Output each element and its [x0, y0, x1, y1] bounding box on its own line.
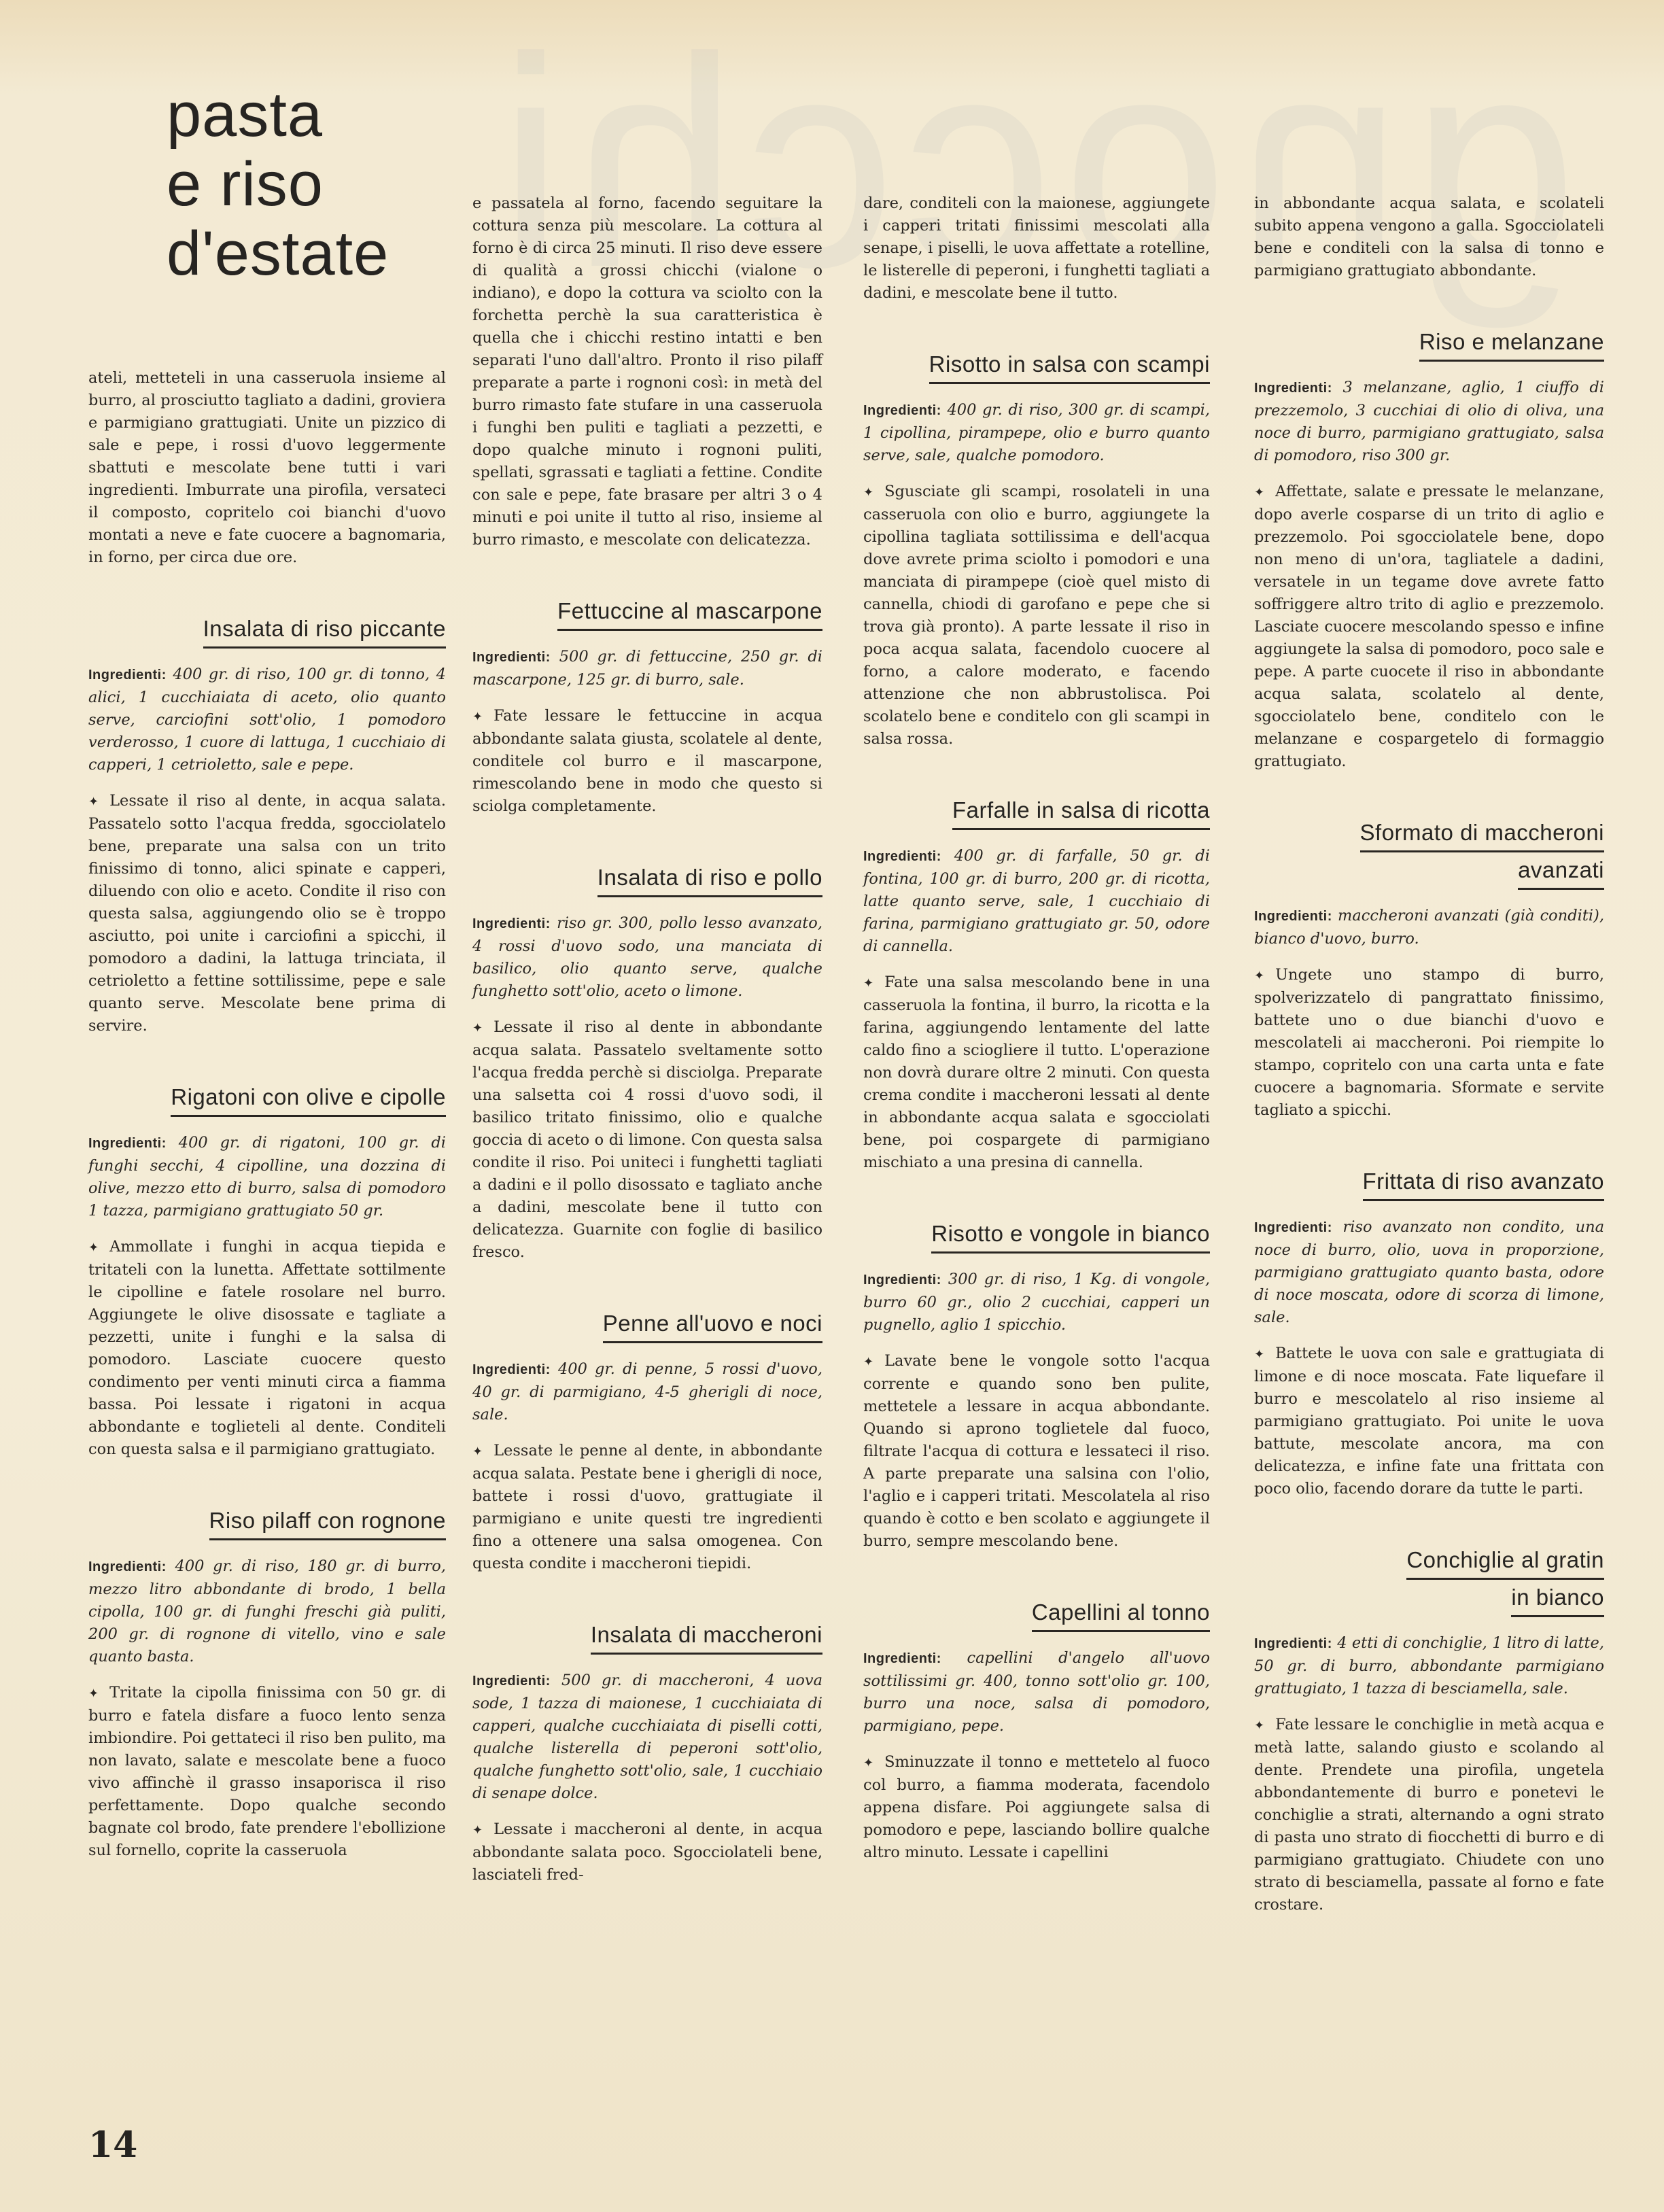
diamond-bullet-icon: ✦: [472, 710, 483, 724]
method-text: Lessate le penne al dente, in abbondante…: [472, 1442, 822, 1572]
recipe-title: Rigatoni con olive e cipolle: [88, 1084, 446, 1117]
method: ✦Fate lessare le fettuccine in acqua abb…: [472, 705, 822, 818]
recipe-title-line: Riso pilaff con rognone: [209, 1507, 446, 1540]
recipe-title-line: Sformato di maccheroni: [1360, 819, 1604, 852]
intro-continuation: ateli, metteteli in una casseruola insie…: [88, 367, 446, 569]
recipe-title: Capellini al tonno: [863, 1599, 1210, 1632]
method-text: Sminuzzate il tonno e mettetelo al fuoco…: [863, 1753, 1210, 1861]
magazine-page: gnocchi pasta e riso d'estate ateli, met…: [0, 0, 1664, 2212]
recipe: Farfalle in salsa di ricottaIngredienti:…: [863, 797, 1210, 1174]
recipe-title-line: avanzati: [1518, 857, 1604, 890]
ingredients: Ingredienti: maccheroni avanzati (già co…: [1254, 905, 1604, 950]
method-text: Lessate i maccheroni al dente, in acqua …: [472, 1820, 822, 1884]
diamond-bullet-icon: ✦: [863, 1355, 873, 1369]
ingredients-label: Ingredienti:: [1254, 1220, 1332, 1235]
recipe: Conchiglie al gratinin biancoIngredienti…: [1254, 1546, 1604, 1916]
ingredients: Ingredienti: 400 gr. di riso, 180 gr. di…: [88, 1555, 446, 1668]
diamond-bullet-icon: ✦: [88, 1687, 99, 1701]
recipe-title-line: Frittata di riso avanzato: [1363, 1168, 1605, 1201]
ingredients: Ingredienti: 400 gr. di rigatoni, 100 gr…: [88, 1132, 446, 1222]
column-3: dare, conditeli con la maionese, aggiung…: [863, 192, 1210, 1878]
title-line: e riso: [167, 150, 389, 219]
recipe-title: Insalata di riso e pollo: [472, 864, 822, 897]
recipe-title-line: Risotto in salsa con scampi: [929, 351, 1210, 384]
diamond-bullet-icon: ✦: [88, 795, 99, 809]
ingredients: Ingredienti: 3 melanzane, aglio, 1 ciuff…: [1254, 377, 1604, 467]
method: ✦Ungete uno stampo di burro, spolverizza…: [1254, 964, 1604, 1122]
ingredients: Ingredienti: 4 etti di conchiglie, 1 lit…: [1254, 1632, 1604, 1700]
method-text: Ungete uno stampo di burro, spolverizzat…: [1254, 966, 1604, 1119]
recipe-title: Riso e melanzane: [1254, 328, 1604, 362]
ingredients-text: 500 gr. di maccheroni, 4 uova sode, 1 ta…: [472, 1672, 822, 1802]
ingredients-label: Ingredienti:: [1254, 909, 1332, 924]
ingredients: Ingredienti: 400 gr. di penne, 5 rossi d…: [472, 1358, 822, 1426]
ingredients: Ingredienti: 300 gr. di riso, 1 Kg. di v…: [863, 1268, 1210, 1336]
method-text: Lavate bene le vongole sotto l'acqua cor…: [863, 1352, 1210, 1550]
recipe: Sformato di maccheroniavanzatiIngredient…: [1254, 819, 1604, 1122]
ingredients-label: Ingredienti:: [863, 1651, 941, 1666]
diamond-bullet-icon: ✦: [1254, 1718, 1264, 1733]
method: ✦Tritate la cipolla finissima con 50 gr.…: [88, 1682, 446, 1862]
diamond-bullet-icon: ✦: [863, 976, 873, 990]
ingredients-label: Ingredienti:: [1254, 381, 1332, 396]
diamond-bullet-icon: ✦: [88, 1241, 99, 1255]
recipe: Risotto e vongole in biancoIngredienti: …: [863, 1220, 1210, 1553]
recipe: Risotto in salsa con scampiIngredienti: …: [863, 351, 1210, 750]
method: ✦Ammollate i funghi in acqua tiepida e t…: [88, 1236, 446, 1461]
recipe: Insalata di riso e polloIngredienti: ris…: [472, 864, 822, 1264]
ingredients: Ingredienti: riso avanzato non condito, …: [1254, 1216, 1604, 1329]
ingredients: Ingredienti: 400 gr. di riso, 100 gr. di…: [88, 663, 446, 776]
recipe: Insalata di riso piccanteIngredienti: 40…: [88, 615, 446, 1037]
diamond-bullet-icon: ✦: [472, 1445, 483, 1459]
ingredients: Ingredienti: 500 gr. di maccheroni, 4 uo…: [472, 1670, 822, 1805]
column-2: e passatela al forno, facendo seguitare …: [472, 192, 822, 1900]
column-1: ateli, metteteli in una casseruola insie…: [88, 367, 446, 1876]
method: ✦Sgusciate gli scampi, rosolateli in una…: [863, 481, 1210, 750]
method: ✦Fate una salsa mescolando bene in una c…: [863, 971, 1210, 1174]
method-text: Ammollate i funghi in acqua tiepida e tr…: [88, 1238, 446, 1458]
method-text: Affettate, salate e pressate le melanzan…: [1254, 483, 1604, 770]
ingredients-label: Ingredienti:: [472, 1362, 551, 1377]
method-text: Fate una salsa mescolando bene in una ca…: [863, 973, 1210, 1171]
diamond-bullet-icon: ✦: [472, 1823, 483, 1837]
method-text: Lessate il riso al dente in abbondante a…: [472, 1018, 822, 1261]
diamond-bullet-icon: ✦: [1254, 1347, 1264, 1362]
recipe-title-line: Insalata di maccheroni: [591, 1621, 822, 1655]
recipe: Riso e melanzaneIngredienti: 3 melanzane…: [1254, 328, 1604, 773]
ingredients-label: Ingredienti:: [863, 403, 941, 418]
recipe-title: Penne all'uovo e noci: [472, 1310, 822, 1343]
ingredients-label: Ingredienti:: [863, 1273, 941, 1288]
recipe-title: Risotto in salsa con scampi: [863, 351, 1210, 384]
recipe-title: Insalata di maccheroni: [472, 1621, 822, 1655]
recipe-title: Conchiglie al gratinin bianco: [1254, 1546, 1604, 1617]
ingredients-label: Ingredienti:: [88, 1136, 167, 1151]
recipe-title-line: Rigatoni con olive e cipolle: [171, 1084, 446, 1117]
page-number: 14: [88, 2124, 137, 2166]
recipe: Capellini al tonnoIngredienti: capellini…: [863, 1599, 1210, 1864]
recipe-title-line: Risotto e vongole in bianco: [931, 1220, 1210, 1254]
recipe-title: Farfalle in salsa di ricotta: [863, 797, 1210, 830]
column-4: in abbondante acqua salata, e scolateli …: [1254, 192, 1604, 1930]
recipe-continuation: in abbondante acqua salata, e scolateli …: [1254, 192, 1604, 282]
recipe-continuation: e passatela al forno, facendo seguitare …: [472, 192, 822, 551]
ingredients: Ingredienti: riso gr. 300, pollo lesso a…: [472, 912, 822, 1003]
recipe-title-line: Conchiglie al gratin: [1406, 1546, 1604, 1580]
ingredients-label: Ingredienti:: [88, 1559, 167, 1574]
diamond-bullet-icon: ✦: [863, 485, 873, 500]
recipe-title: Insalata di riso piccante: [88, 615, 446, 649]
recipe-title-line: Capellini al tonno: [1032, 1599, 1210, 1632]
method: ✦Lessate il riso al dente, in acqua sala…: [88, 790, 446, 1037]
method: ✦Lavate bene le vongole sotto l'acqua co…: [863, 1350, 1210, 1553]
recipe-title-line: in bianco: [1511, 1584, 1604, 1617]
recipe-continuation: dare, conditeli con la maionese, aggiung…: [863, 192, 1210, 305]
method: ✦Affettate, salate e pressate le melanza…: [1254, 481, 1604, 773]
recipe-title: Sformato di maccheroniavanzati: [1254, 819, 1604, 890]
recipe: Rigatoni con olive e cipolleIngredienti:…: [88, 1084, 446, 1461]
title-line: pasta: [167, 80, 389, 150]
ingredients-label: Ingredienti:: [472, 650, 551, 665]
recipe-title-line: Penne all'uovo e noci: [603, 1310, 822, 1343]
page-title: pasta e riso d'estate: [167, 80, 389, 288]
method: ✦Lessate il riso al dente in abbondante …: [472, 1016, 822, 1264]
diamond-bullet-icon: ✦: [1254, 969, 1264, 983]
recipe: Riso pilaff con rognoneIngredienti: 400 …: [88, 1507, 446, 1862]
recipe-title: Riso pilaff con rognone: [88, 1507, 446, 1540]
method-text: Fate lessare le fettuccine in acqua abbo…: [472, 707, 822, 815]
ingredients: Ingredienti: 400 gr. di farfalle, 50 gr.…: [863, 845, 1210, 958]
method-text: Fate lessare le conchiglie in metà acqua…: [1254, 1716, 1604, 1914]
title-line: d'estate: [167, 219, 389, 288]
recipe-title-line: Fettuccine al mascarpone: [557, 598, 822, 631]
ingredients-label: Ingredienti:: [88, 668, 167, 682]
recipe-title-line: Riso e melanzane: [1419, 328, 1604, 362]
method: ✦Lessate le penne al dente, in abbondant…: [472, 1440, 822, 1575]
method-text: Lessate il riso al dente, in acqua salat…: [88, 792, 446, 1035]
recipe-title: Risotto e vongole in bianco: [863, 1220, 1210, 1254]
method: ✦Battete le uova con sale e grattugiata …: [1254, 1343, 1604, 1500]
ingredients: Ingredienti: capellini d'angelo all'uovo…: [863, 1647, 1210, 1738]
ingredients-label: Ingredienti:: [472, 1674, 551, 1689]
ingredients: Ingredienti: 500 gr. di fettuccine, 250 …: [472, 646, 822, 691]
method: ✦Lessate i maccheroni al dente, in acqua…: [472, 1818, 822, 1886]
method-text: Tritate la cipolla finissima con 50 gr. …: [88, 1684, 446, 1859]
diamond-bullet-icon: ✦: [1254, 485, 1264, 500]
recipe-title: Fettuccine al mascarpone: [472, 598, 822, 631]
ingredients-label: Ingredienti:: [863, 849, 941, 864]
method-text: Battete le uova con sale e grattugiata d…: [1254, 1345, 1604, 1498]
ingredients-label: Ingredienti:: [472, 916, 551, 931]
recipe-title-line: Farfalle in salsa di ricotta: [952, 797, 1210, 830]
ingredients: Ingredienti: 400 gr. di riso, 300 gr. di…: [863, 399, 1210, 467]
recipe: Fettuccine al mascarponeIngredienti: 500…: [472, 598, 822, 818]
ingredients-label: Ingredienti:: [1254, 1636, 1332, 1651]
recipe: Insalata di maccheroniIngredienti: 500 g…: [472, 1621, 822, 1886]
recipe: Penne all'uovo e nociIngredienti: 400 gr…: [472, 1310, 822, 1575]
method-text: Sgusciate gli scampi, rosolateli in una …: [863, 483, 1210, 748]
method: ✦Sminuzzate il tonno e mettetelo al fuoc…: [863, 1751, 1210, 1864]
recipe-title-line: Insalata di riso e pollo: [597, 864, 822, 897]
recipe: Frittata di riso avanzatoIngredienti: ri…: [1254, 1168, 1604, 1500]
method: ✦Fate lessare le conchiglie in metà acqu…: [1254, 1714, 1604, 1916]
recipe-title: Frittata di riso avanzato: [1254, 1168, 1604, 1201]
diamond-bullet-icon: ✦: [472, 1021, 483, 1035]
diamond-bullet-icon: ✦: [863, 1756, 873, 1770]
recipe-title-line: Insalata di riso piccante: [203, 615, 446, 649]
